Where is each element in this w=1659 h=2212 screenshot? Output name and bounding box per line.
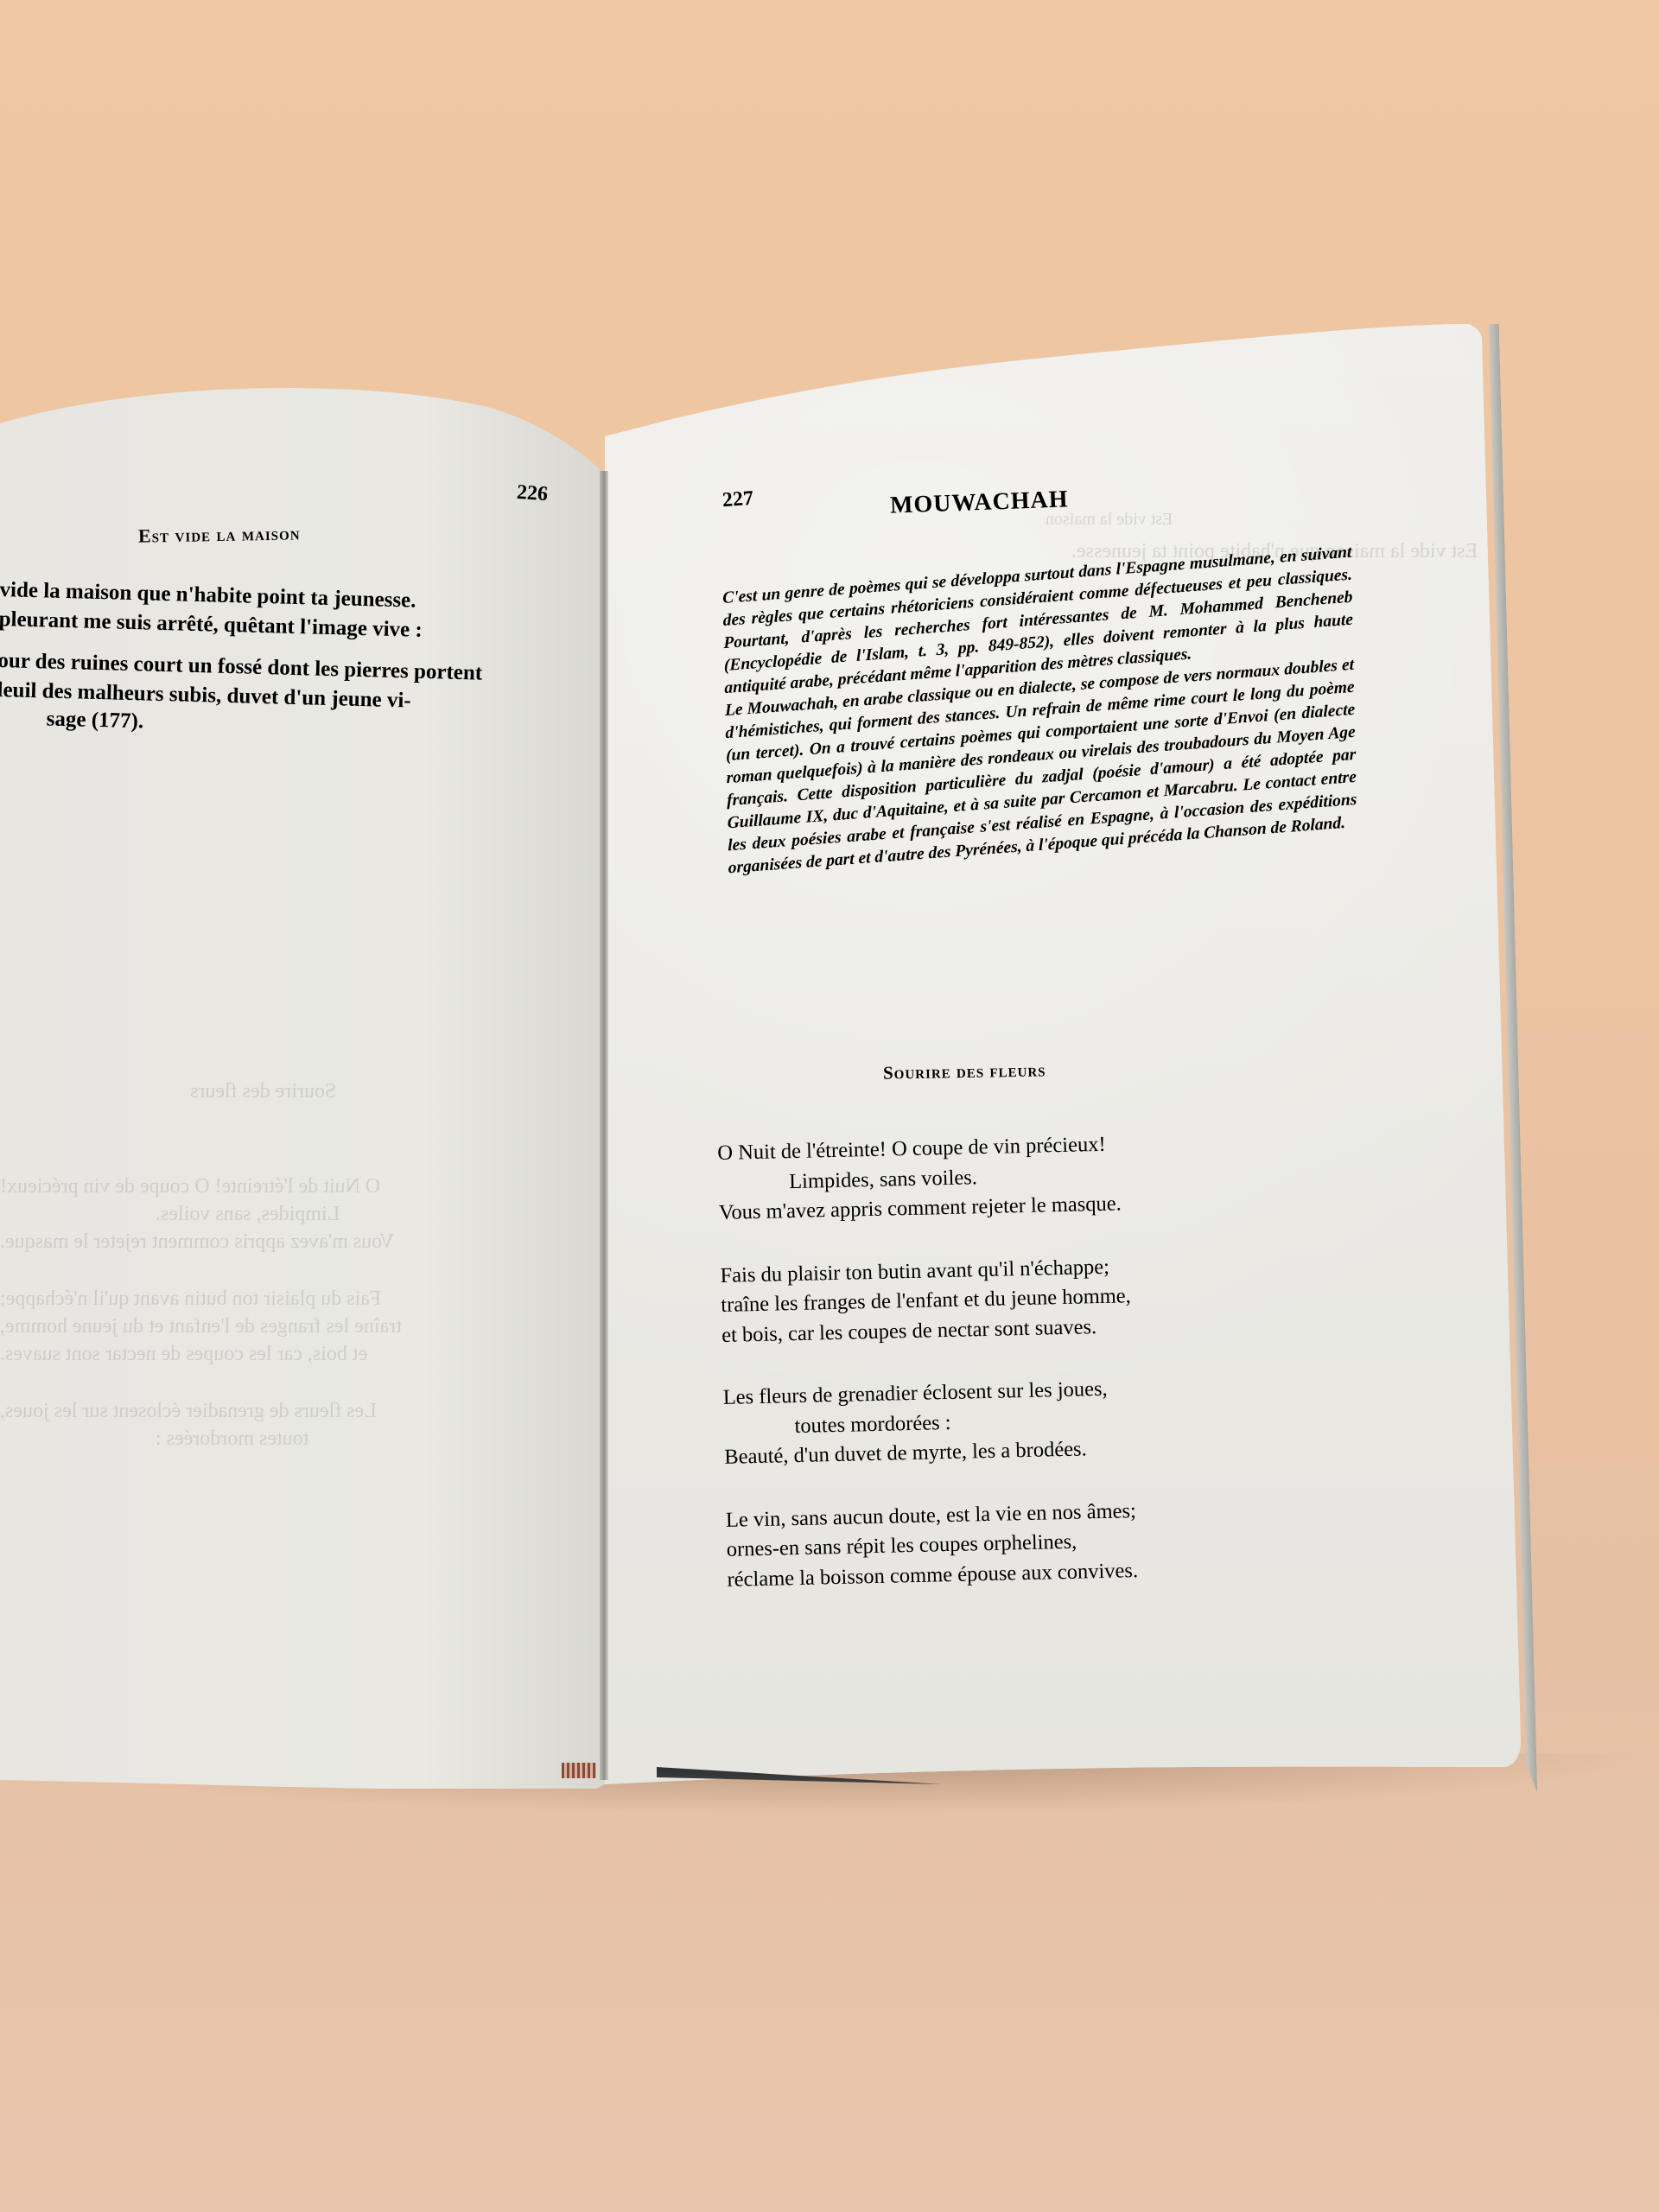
page-number-right: 227 [721, 487, 754, 512]
ghost-line: Fais du plaisir ton butin avant qu'il n'… [0, 1287, 381, 1311]
book-gutter [600, 471, 608, 1780]
left-verse: vide la maison que n'habite point ta jeu… [0, 577, 553, 761]
poem-stanza: Le vin, sans aucun doute, est la vie en … [726, 1491, 1384, 1595]
ghost-line: et bois, car les coupes de nectar sont s… [0, 1343, 367, 1366]
ghost-line: O Nuit de l'étreinte! O coupe de vin pré… [0, 1175, 380, 1198]
ghost-line: toutes mordorées : [156, 1427, 308, 1451]
ghost-title-left: Sourire des fleurs [190, 1080, 336, 1103]
ghost-line: Les fleurs de grenadier éclosent sur les… [0, 1400, 377, 1423]
section-title-left: Est vide la maison [138, 522, 301, 547]
page-number-left: 226 [516, 481, 549, 506]
ghost-line: Vous m'avez appris comment rejeter le ma… [0, 1230, 394, 1254]
ghost-line: Limpides, sans voiles. [156, 1203, 340, 1226]
poem-stanza: O Nuit de l'étreinte! O coupe de vin pré… [717, 1124, 1376, 1229]
poem-title: Sourire des fleurs [883, 1059, 1046, 1084]
poem: O Nuit de l'étreinte! O coupe de vin pré… [717, 1124, 1385, 1628]
ghost-line: traîne les franges de l'enfant et du jeu… [0, 1315, 402, 1338]
intro-text: C'est un genre de poèmes qui se développ… [722, 542, 1357, 880]
left-page [0, 359, 605, 1789]
poem-stanza: Les fleurs de grenadier éclosent sur les… [722, 1369, 1381, 1473]
spine-headband [562, 1763, 596, 1778]
poem-stanza: Fais du plaisir ton butin avant qu'il n'… [720, 1246, 1378, 1351]
